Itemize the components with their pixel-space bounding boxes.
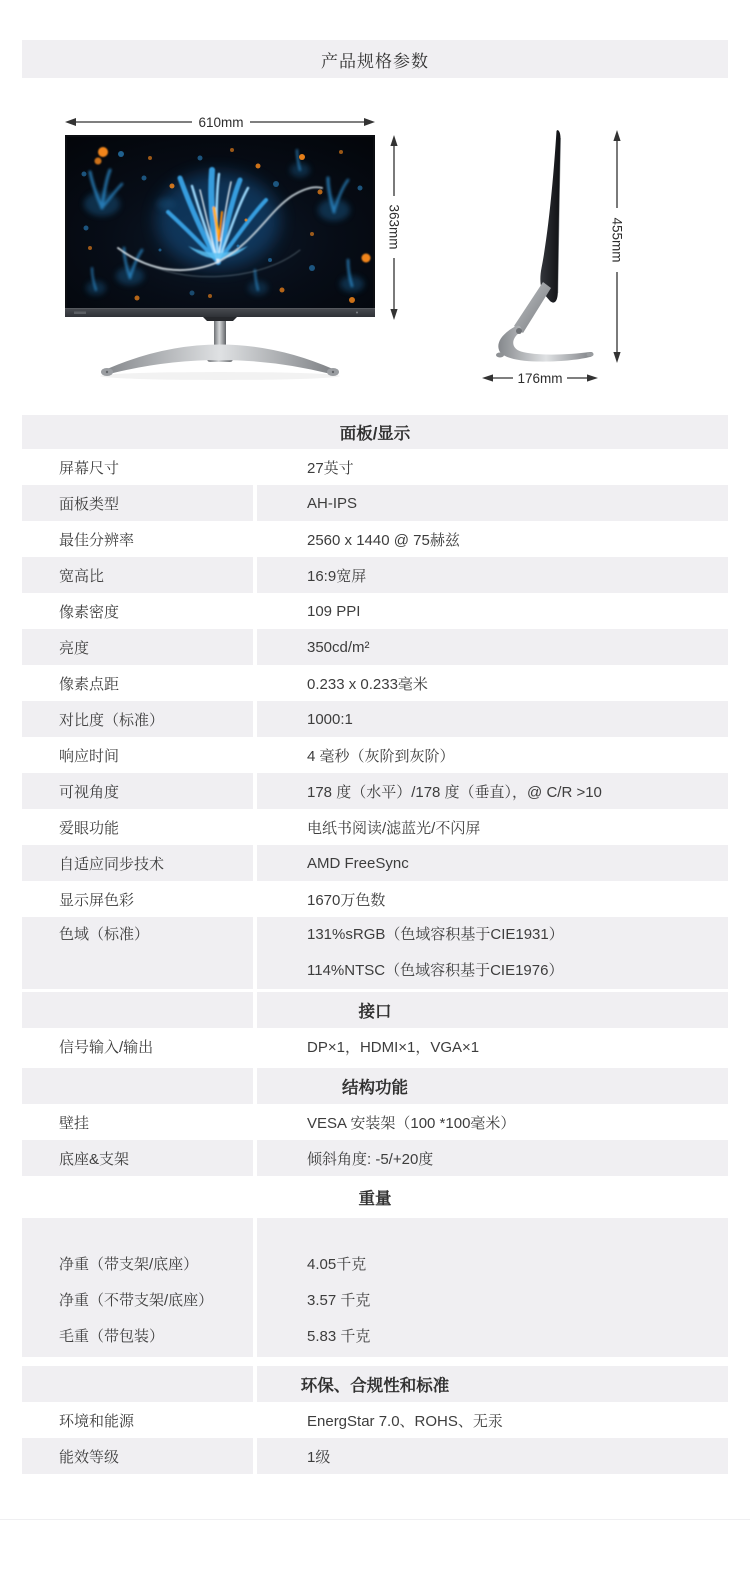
spec-value: 2560 x 1440 @ 75赫兹: [257, 521, 728, 557]
monitor-front-view: [65, 135, 375, 380]
section-header-environment: 环保、合规性和标准: [22, 1366, 728, 1402]
spec-value: 1000:1: [257, 701, 728, 737]
spec-label: 净重（不带支架/底座）: [22, 1281, 253, 1317]
spec-label: 面板类型: [22, 485, 253, 521]
dimension-height-side: 455mm: [610, 130, 625, 363]
spec-value: 350cd/m²: [257, 629, 728, 665]
spec-label: 毛重（带包装）: [22, 1317, 253, 1353]
spec-label: 能效等级: [22, 1438, 253, 1474]
spec-value: 倾斜角度: -5/+20度: [257, 1140, 728, 1176]
spec-row: 自适应同步技术 AMD FreeSync: [22, 845, 728, 881]
spec-label: 壁挂: [22, 1104, 253, 1140]
weight-block-footer: [22, 1353, 728, 1357]
dimension-width-front: 610mm: [65, 115, 375, 130]
spec-row: 壁挂 VESA 安装架（100 *100毫米）: [22, 1104, 728, 1140]
spec-value: AMD FreeSync: [257, 845, 728, 881]
spec-row: 亮度 350cd/m²: [22, 629, 728, 665]
spec-label: 底座&支架: [22, 1140, 253, 1176]
spec-row: 像素点距 0.233 x 0.233毫米: [22, 665, 728, 701]
stand-leg-side: [514, 282, 551, 333]
spec-value: DP×1，HDMI×1，VGA×1: [257, 1028, 728, 1064]
spec-label: 宽高比: [22, 557, 253, 593]
spec-label: 色域（标准）: [22, 917, 253, 989]
monitor-side-view: [496, 130, 594, 361]
spec-value: EnergStar 7.0、ROHS、无汞: [257, 1402, 728, 1438]
spec-label: 环境和能源: [22, 1402, 253, 1438]
wallpaper-illustration: [67, 137, 373, 308]
spec-row: 净重（带支架/底座） 4.05千克: [22, 1245, 728, 1281]
spec-label: 可视角度: [22, 773, 253, 809]
spec-label: 最佳分辨率: [22, 521, 253, 557]
spec-row: 对比度（标准） 1000:1: [22, 701, 728, 737]
dimension-455-label: 455mm: [610, 217, 625, 262]
spec-value: 电纸书阅读/滤蓝光/不闪屏: [257, 809, 728, 845]
spec-value: 3.57 千克: [257, 1281, 728, 1317]
spec-value: 27英寸: [257, 449, 728, 485]
spec-row: 能效等级 1级: [22, 1438, 728, 1474]
spec-value: 1670万色数: [257, 881, 728, 917]
dimension-height-front: 363mm: [387, 135, 402, 320]
page-title: 产品规格参数: [22, 40, 728, 78]
spec-row: 最佳分辨率 2560 x 1440 @ 75赫兹: [22, 521, 728, 557]
dimension-363-label: 363mm: [387, 204, 402, 249]
spec-row: 显示屏色彩 1670万色数: [22, 881, 728, 917]
weight-block-padding: [22, 1218, 728, 1245]
monitor-bottom-bezel: [65, 308, 375, 317]
spec-label: 信号输入/输出: [22, 1028, 253, 1064]
dimensions-diagram: 610mm: [0, 100, 750, 412]
spec-label: 爱眼功能: [22, 809, 253, 845]
spec-row: 毛重（带包装） 5.83 千克: [22, 1317, 728, 1353]
spec-row: 信号输入/输出 DP×1，HDMI×1，VGA×1: [22, 1028, 728, 1064]
spec-value: 4.05千克: [257, 1245, 728, 1281]
spec-value: 5.83 千克: [257, 1317, 728, 1353]
section-header-panel-display: 面板/显示: [22, 415, 728, 449]
spec-row: 净重（不带支架/底座） 3.57 千克: [22, 1281, 728, 1317]
spec-table: 面板/显示 屏幕尺寸 27英寸 面板类型 AH-IPS 最佳分辨率 2560 x…: [22, 415, 728, 1474]
monitor-stand-front: [100, 321, 340, 380]
spec-label: 屏幕尺寸: [22, 449, 253, 485]
spec-label: 对比度（标准）: [22, 701, 253, 737]
spec-value: 0.233 x 0.233毫米: [257, 665, 728, 701]
dimension-610-label: 610mm: [198, 115, 243, 130]
stand-base-side: [498, 326, 593, 362]
dimension-176-label: 176mm: [517, 371, 562, 386]
spec-value: 1级: [257, 1438, 728, 1474]
spec-row: 宽高比 16:9宽屏: [22, 557, 728, 593]
spec-row: 像素密度 109 PPI: [22, 593, 728, 629]
product-dimensions-figure: 610mm: [0, 100, 750, 412]
spec-label: 响应时间: [22, 737, 253, 773]
spec-row: 面板类型 AH-IPS: [22, 485, 728, 521]
spec-row: 环境和能源 EnergStar 7.0、ROHS、无汞: [22, 1402, 728, 1438]
spec-value: VESA 安装架（100 *100毫米）: [257, 1104, 728, 1140]
spec-label: 显示屏色彩: [22, 881, 253, 917]
bottom-divider: [0, 1519, 750, 1520]
spec-value: 178 度（水平）/178 度（垂直），@ C/R >10: [257, 773, 728, 809]
spec-value: AH-IPS: [257, 485, 728, 521]
spec-label: 净重（带支架/底座）: [22, 1245, 253, 1281]
spec-row: 底座&支架 倾斜角度: -5/+20度: [22, 1140, 728, 1176]
section-header-ports: 接口: [22, 992, 728, 1028]
bezel-logo: [74, 312, 86, 315]
section-header-weight: 重量: [22, 1176, 728, 1218]
spec-row: 爱眼功能 电纸书阅读/滤蓝光/不闪屏: [22, 809, 728, 845]
spec-row: 响应时间 4 毫秒（灰阶到灰阶）: [22, 737, 728, 773]
spec-row: 屏幕尺寸 27英寸: [22, 449, 728, 485]
section-header-structure: 结构功能: [22, 1068, 728, 1104]
spec-row-color-gamut: 色域（标准） 131%sRGB（色域容积基于CIE1931） 114%NTSC（…: [22, 917, 728, 989]
spec-value: 16:9宽屏: [257, 557, 728, 593]
spec-label: 像素密度: [22, 593, 253, 629]
spec-value: 109 PPI: [257, 593, 728, 629]
dimension-depth-side: 176mm: [482, 371, 598, 386]
spec-label: 像素点距: [22, 665, 253, 701]
spec-label: 自适应同步技术: [22, 845, 253, 881]
spec-value: 131%sRGB（色域容积基于CIE1931） 114%NTSC（色域容积基于C…: [257, 917, 728, 989]
spec-value: 4 毫秒（灰阶到灰阶）: [257, 737, 728, 773]
spec-label: 亮度: [22, 629, 253, 665]
spec-row: 可视角度 178 度（水平）/178 度（垂直），@ C/R >10: [22, 773, 728, 809]
